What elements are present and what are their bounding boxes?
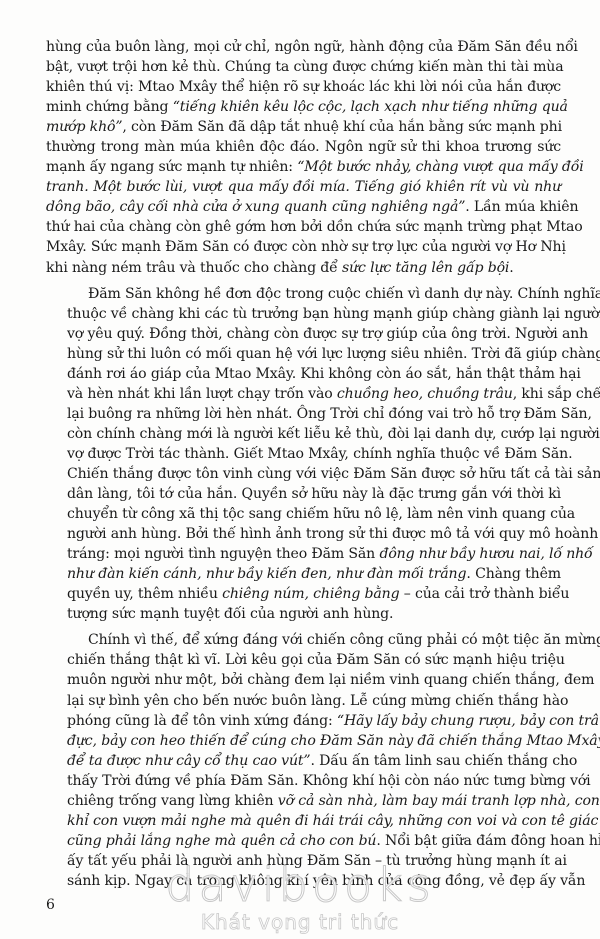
text-line: vợ được Trời tác thành. Giết Mtao Mxây, … (46, 444, 561, 464)
book-page: hùng của buôn làng, mọi cử chỉ, ngôn ngữ… (0, 0, 600, 939)
text-line: khỉ con vượn mải nghe mà quên đi hái trá… (46, 811, 561, 831)
text-run: người anh hùng. Bởi thế hình ảnh trong s… (67, 526, 598, 542)
text-line: Chiến thắng được tôn vinh cùng với việc … (46, 464, 561, 484)
body-text: hùng của buôn làng, mọi cử chỉ, ngôn ngữ… (46, 37, 561, 897)
text-line: chiến thắng thật kì vĩ. Lời kêu gọi của … (46, 650, 561, 670)
text-line: vợ yêu quý. Đồng thời, chàng còn được sự… (46, 324, 561, 344)
text-line: chiêng trống vang lừng khiên vỡ cả sàn n… (46, 791, 561, 811)
text-line: bật, vượt trội hơn kẻ thù. Chúng ta cùng… (46, 57, 561, 77)
watermark-slogan: Khát vọng tri thức (150, 910, 450, 934)
text-run: tráng: mọi người tình nguyện theo Đăm Să… (67, 546, 379, 562)
text-run: và hèn nhát khi lần lượt chạy trốn vào (67, 386, 337, 402)
text-line: tráng: mọi người tình nguyện theo Đăm Să… (46, 544, 561, 564)
text-run: . (509, 260, 513, 276)
text-line: và hèn nhát khi lần lượt chạy trốn vào c… (46, 384, 561, 404)
italic-quote: dông bão, cây cối nhà cửa ở xung quanh c… (46, 199, 465, 215)
text-line: chuyển từ công xã thị tộc sang chiếm hữu… (46, 504, 561, 524)
text-run: lại sự bình yên cho bến nước buôn làng. … (67, 693, 568, 709)
text-line: hùng sử thi luôn có mối quan hệ với lực … (46, 344, 561, 364)
text-run: ấy tất yếu phải là người anh hùng Đăm Să… (67, 853, 567, 869)
text-run: , còn Đăm Săn đã dập tắt nhuệ khí của hắ… (122, 119, 562, 135)
text-run: dân làng, tôi tớ của hắn. Quyền sở hữu n… (67, 486, 561, 502)
text-line: Đăm Săn không hề đơn độc trong cuộc chiế… (46, 284, 561, 304)
text-line: mướp khô”, còn Đăm Săn đã dập tắt nhuệ k… (46, 117, 561, 137)
text-run: hùng sử thi luôn có mối quan hệ với lực … (67, 346, 600, 362)
text-line: tượng sức mạnh tuyệt đối của người anh h… (46, 604, 561, 624)
text-run: bật, vượt trội hơn kẻ thù. Chúng ta cùng… (46, 59, 563, 75)
text-line: để ta được như cây cổ thụ cao vút”. Dấu … (46, 751, 561, 771)
italic-quote: tranh. Một bước lùi, vượt qua mấy đồi mí… (46, 179, 561, 195)
text-run: . Chàng thêm (466, 566, 561, 582)
italic-quote: như đàn kiến cánh, như bầy kiến đen, như… (67, 566, 466, 582)
text-line: khi nàng ném trâu và thuốc cho chàng để … (46, 258, 561, 278)
paragraph: Chính vì thế, để xứng đáng với chiến côn… (46, 630, 561, 891)
text-run: chiêng trống vang lừng khiên (67, 793, 278, 809)
italic-quote: vỡ cả sàn nhà, làm bay mái tranh lợp nhà… (278, 793, 600, 809)
text-line: mạnh ấy ngang sức mạnh tự nhiên: “Một bư… (46, 157, 561, 177)
text-line: khiên thú vị: Mtao Mxây thể hiện rõ sự k… (46, 77, 561, 97)
italic-quote: cũng phải lắng nghe mà quên cả cho con b… (67, 833, 376, 849)
text-line: cũng phải lắng nghe mà quên cả cho con b… (46, 831, 561, 851)
text-line: dân làng, tôi tớ của hắn. Quyền sở hữu n… (46, 484, 561, 504)
text-line: thường trong màn múa khiên độc đáo. Ngôn… (46, 137, 561, 157)
text-line: hùng của buôn làng, mọi cử chỉ, ngôn ngữ… (46, 37, 561, 57)
text-run: thấy Trời đứng về phía Đăm Săn. Không kh… (67, 773, 590, 789)
text-run: chiến thắng thật kì vĩ. Lời kêu gọi của … (67, 652, 565, 668)
text-line: thứ hai của chàng còn ghê gớm hơn bởi dồ… (46, 217, 561, 237)
text-line: sánh kịp. Ngay cả trong không khí yên bì… (46, 871, 561, 891)
text-run: hùng của buôn làng, mọi cử chỉ, ngôn ngữ… (46, 39, 578, 55)
italic-quote: chiêng núm, chiêng bằng (222, 586, 399, 602)
text-run: thứ hai của chàng còn ghê gớm hơn bởi dồ… (46, 219, 583, 235)
text-run: thường trong màn múa khiên độc đáo. Ngôn… (46, 139, 561, 155)
text-run: lại buông ra những lời hèn nhát. Ông Trờ… (67, 406, 592, 422)
text-line: dông bão, cây cối nhà cửa ở xung quanh c… (46, 197, 561, 217)
text-line: thuộc về chàng khi các tù trưởng bạn hùn… (46, 304, 561, 324)
text-run: Chiến thắng được tôn vinh cùng với việc … (67, 466, 600, 482)
italic-quote: khỉ con vượn mải nghe mà quên đi hái trá… (67, 813, 598, 829)
text-run: đánh rơi áo giáp của Mtao Mxây. Khi khôn… (67, 366, 581, 382)
text-line: như đàn kiến cánh, như bầy kiến đen, như… (46, 564, 561, 584)
text-run: . Lần múa khiên (465, 199, 578, 215)
text-line: người anh hùng. Bởi thế hình ảnh trong s… (46, 524, 561, 544)
text-run: vợ được Trời tác thành. Giết Mtao Mxây, … (67, 446, 572, 462)
text-run: thuộc về chàng khi các tù trưởng bạn hùn… (67, 306, 600, 322)
italic-quote: đực, bảy con heo thiến để cúng cho Đăm S… (67, 733, 600, 749)
text-line: minh chứng bằng “tiếng khiên kêu lộc cộc… (46, 97, 561, 117)
text-run: chuyển từ công xã thị tộc sang chiếm hữu… (67, 506, 575, 522)
italic-quote: để ta được như cây cổ thụ cao vút” (67, 753, 311, 769)
page-number: 6 (46, 897, 55, 913)
text-run: khi nàng ném trâu và thuốc cho chàng để (46, 260, 342, 276)
text-run: Chính vì thế, để xứng đáng với chiến côn… (88, 632, 600, 648)
text-run: còn chính chàng mới là người kết liễu kẻ… (67, 426, 600, 442)
text-line: thấy Trời đứng về phía Đăm Săn. Không kh… (46, 771, 561, 791)
text-run: . Dấu ấn tâm linh sau chiến thắng cho (311, 753, 578, 769)
text-run: Mxây. Sức mạnh Đăm Săn có được còn nhờ s… (46, 239, 566, 255)
text-line: đánh rơi áo giáp của Mtao Mxây. Khi khôn… (46, 364, 561, 384)
paragraph: Đăm Săn không hề đơn độc trong cuộc chiế… (46, 284, 561, 625)
text-run: – của cải trở thành biểu (399, 586, 569, 602)
italic-quote: “Hãy lấy bảy chung rượu, bảy con trâu (337, 713, 600, 729)
text-run: tượng sức mạnh tuyệt đối của người anh h… (67, 606, 393, 622)
text-line: lại buông ra những lời hèn nhát. Ông Trờ… (46, 404, 561, 424)
text-run: khiên thú vị: Mtao Mxây thể hiện rõ sự k… (46, 79, 561, 95)
italic-quote: “Một bước nhảy, chàng vượt qua mấy đồi (297, 159, 583, 175)
text-run: vợ yêu quý. Đồng thời, chàng còn được sự… (67, 326, 588, 342)
text-run: Đăm Săn không hề đơn độc trong cuộc chiế… (88, 286, 600, 302)
text-run: , khi sắp chết (513, 386, 600, 402)
text-line: muôn người như một, bởi chàng đem lại ni… (46, 670, 561, 690)
text-line: tranh. Một bước lùi, vượt qua mấy đồi mí… (46, 177, 561, 197)
text-run: phóng cũng là để tôn vinh xứng đáng: (67, 713, 337, 729)
italic-quote: sức lực tăng lên gấp bội (342, 260, 509, 276)
text-run: minh chứng bằng (46, 99, 173, 115)
text-line: Mxây. Sức mạnh Đăm Săn có được còn nhờ s… (46, 237, 561, 257)
text-line: Chính vì thế, để xứng đáng với chiến côn… (46, 630, 561, 650)
text-run: quyền uy, thêm nhiều (67, 586, 222, 602)
text-line: quyền uy, thêm nhiều chiêng núm, chiêng … (46, 584, 561, 604)
text-line: phóng cũng là để tôn vinh xứng đáng: “Hã… (46, 711, 561, 731)
italic-quote: đông như bầy hươu nai, lố nhố (379, 546, 592, 562)
text-line: còn chính chàng mới là người kết liễu kẻ… (46, 424, 561, 444)
text-line: ấy tất yếu phải là người anh hùng Đăm Să… (46, 851, 561, 871)
text-run: muôn người như một, bởi chàng đem lại ni… (67, 672, 594, 688)
text-line: lại sự bình yên cho bến nước buôn làng. … (46, 691, 561, 711)
text-run: mạnh ấy ngang sức mạnh tự nhiên: (46, 159, 297, 175)
italic-quote: chuồng heo, chuồng trâu (337, 386, 513, 402)
text-run: . Nổi bật giữa đám đông hoan hỉ (376, 833, 600, 849)
italic-quote: “tiếng khiên kêu lộc cộc, lạch xạch như … (173, 99, 568, 115)
paragraph: hùng của buôn làng, mọi cử chỉ, ngôn ngữ… (46, 37, 561, 278)
italic-quote: mướp khô” (46, 119, 122, 135)
text-line: đực, bảy con heo thiến để cúng cho Đăm S… (46, 731, 561, 751)
text-run: sánh kịp. Ngay cả trong không khí yên bì… (67, 873, 585, 889)
